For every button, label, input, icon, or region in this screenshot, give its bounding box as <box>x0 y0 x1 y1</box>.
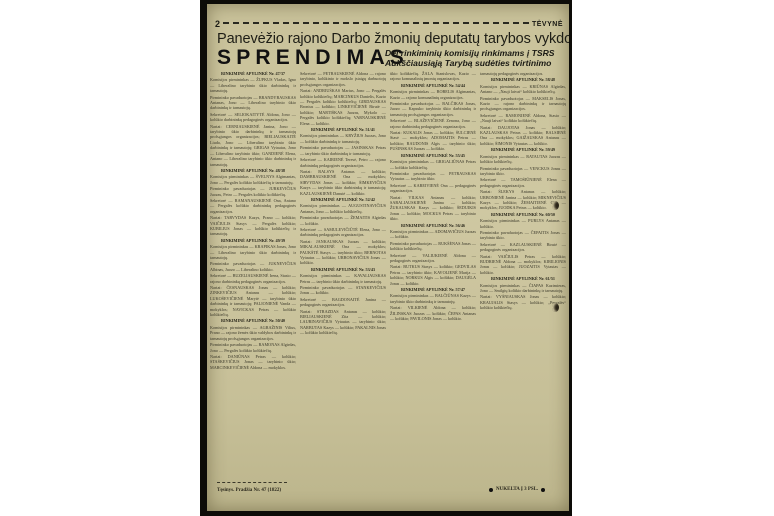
article-columns: RINKIMINĖ APYLINKĖ Nr. 47/37Komisijos pi… <box>210 71 566 491</box>
paragraph: Komisijos pirmininkas — ADOMAVIČIUS Juoz… <box>390 229 476 240</box>
paragraph: Komisijos pirmininkas — GRIGALIŪNAS Petr… <box>390 159 476 170</box>
bullet-icon <box>489 488 493 492</box>
continued-on-text: NUKELTA Į 3 PSL. <box>496 487 538 492</box>
paragraph: Pirmininko pavaduotojas — RUKŠĖNAS Jonas… <box>390 241 476 252</box>
bullet-icon <box>541 488 545 492</box>
paragraph: Pirmininko pavaduotojas — ČEPAITIS Jonas… <box>480 230 566 241</box>
header-rule <box>223 22 529 26</box>
paragraph: Komisijos pirmininkas — AUGUSTINAVIČIUS … <box>300 203 386 214</box>
paragraph: Komisijos pirmininkas — KAVALIAUSKAS Pet… <box>300 273 386 284</box>
paragraph: Nariai: VAIČIULIS Petras — kolūkio; BUDR… <box>480 254 566 276</box>
paragraph: Komisijos pirmininkas — PURLYS Antanas —… <box>480 218 566 229</box>
paragraph: Nariai: VILKIENĖ Aldona — kolūkio; ŽILIN… <box>390 305 476 321</box>
paragraph: Pirmininko pavaduotojas — JURKEVIČIUS Ju… <box>210 186 296 197</box>
paragraph: Nariai: VILKAS Antanas — kolūkio; SABALI… <box>390 195 476 222</box>
paragraph: Pirmininko pavaduotojas — MAKSELIS Jonas… <box>480 96 566 112</box>
paragraph: Sekretorė — TAMOŠIŪNIENĖ Elena — pedagog… <box>480 177 566 188</box>
column-2: Sekretorė — PETRAUSKIENĖ Aldona — rajono… <box>300 71 386 491</box>
section-heading: RINKIMINĖ APYLINKĖ Nr. 47/37 <box>210 71 296 76</box>
paragraph: Sekretorė — PETRAUSKIENĖ Aldona — rajono… <box>300 71 386 87</box>
newspaper-page: 2 TĖVYNĖ Panevėžio rajono Darbo žmonių d… <box>207 4 569 511</box>
page-title: SPRENDIMAS <box>217 46 409 70</box>
paragraph: Nariai: CERNIAUSKIENĖ Janina, Jono — tar… <box>210 124 296 167</box>
section-heading: RINKIMINĖ APYLINKĖ Nr. 49/39 <box>210 238 296 243</box>
paragraph: Pirmininko pavaduotojas — STANKEVIČIUS J… <box>300 285 386 296</box>
section-heading: RINKIMINĖ APYLINKĖ Nr. 51/41 <box>300 127 386 132</box>
paragraph: Pirmininko pavaduotojas — RAMONAS Algird… <box>210 342 296 353</box>
section-heading: RINKIMINĖ APYLINKĖ Nr. 59/49 <box>480 147 566 152</box>
section-heading: RINKIMINĖ APYLINKĖ Nr. 52/42 <box>300 197 386 202</box>
paragraph: Sekretorė — SAMULEVIČIŪTĖ Elena, Jono — … <box>300 227 386 238</box>
paragraph: Komisijos pirmininkas — ŽUPKUS Vladas, I… <box>210 77 296 93</box>
paragraph: Pirmininko pavaduotojas — JASINSKAS Petr… <box>300 145 386 156</box>
paragraph: tarnautojų pedagoginės organizacijos. <box>480 71 566 76</box>
page-header-bar: 2 TĖVYNĖ <box>215 20 563 28</box>
paragraph: Nariai: BALSYS Antanas — kolūkio; DAMBRA… <box>300 169 386 196</box>
continued-on-note: NUKELTA Į 3 PSL. <box>489 487 545 492</box>
paragraph: Pirmininko pavaduotojas — ŽEMAITIS Algir… <box>300 215 386 226</box>
paragraph: Nariai: TARVYDAS Kazys, Prano — kolūkio;… <box>210 215 296 237</box>
punch-hole <box>552 201 559 210</box>
paragraph: Komisijos pirmininkas — ČIAPAS Kazimiera… <box>480 283 566 294</box>
paragraph: Pirmininko pavaduotojas — VENCKUS Jonas … <box>480 166 566 177</box>
paragraph: Nariai: JANKAUSKAS Juozas — kolūkio; MIK… <box>300 239 386 266</box>
paragraph: Komisijos pirmininkas — RATAUTAS Juozas … <box>480 154 566 165</box>
paragraph: Komisijos pirmininkas — KRYŽIUS Juozas, … <box>300 133 386 144</box>
paragraph: Nariai: ČESNAUSKAS Jonas — kolūkio; ZINK… <box>210 285 296 317</box>
paragraph: Komisijos pirmininkas — BALČIŪNAS Kazys … <box>390 293 476 304</box>
paragraph: Komisijos pirmininkas — ŠVELNYS Algimant… <box>210 174 296 185</box>
paragraph: Sekretorė — RAMONIENĖ Aldona, Stasio — „… <box>480 113 566 124</box>
paragraph: ūkio kolūkiečių. ŽALA Stanislovas, Kazio… <box>390 71 476 82</box>
paragraph: Pirmininko pavaduotojas — JUKNEVIČIUS Al… <box>210 261 296 272</box>
section-heading: RINKIMINĖ APYLINKĖ Nr. 57/47 <box>390 287 476 292</box>
paragraph: Komisijos pirmininkas — BOBELIS Algimant… <box>390 89 476 100</box>
paragraph: Komisijos pirmininkas — KRIŪNAS Algirdas… <box>480 84 566 95</box>
column-4: tarnautojų pedagoginės organizacijos.RIN… <box>480 71 566 491</box>
headline: Panevėžio rajono Darbo žmonių deputatų t… <box>217 31 569 47</box>
paragraph: Pirmininko pavaduotojas — BALČIKAS Jonas… <box>390 101 476 117</box>
paragraph: Sekretorė — BUZELIAUSKIENĖ Irena, Stasio… <box>210 273 296 284</box>
paragraph: Nariai: ANDRIUŠKAS Marius, Jono — Pergal… <box>300 88 386 126</box>
paragraph: Nariai: BUTKUS Stasys — kolūkio; GEDVILA… <box>390 264 476 286</box>
column-1: RINKIMINĖ APYLINKĖ Nr. 47/37Komisijos pi… <box>210 71 296 491</box>
section-heading: RINKIMINĖ APYLINKĖ Nr. 53/43 <box>300 267 386 272</box>
paragraph: Sekretorė — SELIOKAITYTĖ Aldona, Jono — … <box>210 112 296 123</box>
paragraph: Sekretorė — KAIRIENĖ Teresė, Petro — raj… <box>300 157 386 168</box>
section-heading: RINKIMINĖ APYLINKĖ Nr. 50/40 <box>210 318 296 323</box>
masthead: TĖVYNĖ <box>532 21 563 28</box>
paragraph: Nariai: DAUJOTAS Jonas — kolūkio; KAZLAU… <box>480 125 566 147</box>
paragraph: Nariai: KUKALIS Jonas — kolūkio; ŠULCIEN… <box>390 130 476 152</box>
paragraph: Nariai: STRAZDAS Antanas — kolūkio; BIEL… <box>300 309 386 336</box>
paragraph: Pirmininko pavaduotojas — PETRAUSKAS Vyt… <box>390 171 476 182</box>
subtitle: Dėl rinkiminių komisijų rinkimams į TSRS… <box>385 48 565 68</box>
section-heading: RINKIMINĖ APYLINKĖ Nr. 60/50 <box>480 212 566 217</box>
continuation-note: Tęsinys. Pradžia Nr. 47 (1822) <box>217 488 281 493</box>
section-heading: RINKIMINĖ APYLINKĖ Nr. 61/51 <box>480 276 566 281</box>
section-heading: RINKIMINĖ APYLINKĖ Nr. 58/48 <box>480 77 566 82</box>
section-heading: RINKIMINĖ APYLINKĖ Nr. 54/44 <box>390 83 476 88</box>
column-3: ūkio kolūkiečių. ŽALA Stanislovas, Kazio… <box>390 71 476 491</box>
page-number: 2 <box>215 19 220 29</box>
paragraph: Sekretorė — VALIUKIENĖ Aldona — pedagogi… <box>390 253 476 264</box>
section-heading: RINKIMINĖ APYLINKĖ Nr. 56/46 <box>390 223 476 228</box>
punch-hole <box>552 303 559 312</box>
section-heading: RINKIMINĖ APYLINKĖ Nr. 48/38 <box>210 168 296 173</box>
paragraph: Sekretorė — BAGDONAITĖ Janina — pedagogi… <box>300 297 386 308</box>
paragraph: Komisijos pirmininkas — KRAPIKAS Jonas, … <box>210 244 296 260</box>
paragraph: Pirmininko pavaduotojas — BRANDYBAUSKAS … <box>210 95 296 111</box>
paragraph: Komisijos pirmininkas — AGRAŽINIS Vilius… <box>210 325 296 341</box>
section-heading: RINKIMINĖ APYLINKĖ Nr. 55/45 <box>390 153 476 158</box>
paragraph: Sekretorė — BLAŽEVIČIENĖ Zenona, Jono — … <box>390 118 476 129</box>
paragraph: Sekretorė — RAMANAUSKIENĖ Ona, Antano — … <box>210 198 296 214</box>
paragraph: Sekretorė — KAZLAUSKIENĖ Birutė — pedago… <box>480 242 566 253</box>
paragraph: Sekretorė — KAREIVIENĖ Ona — pedagoginės… <box>390 183 476 194</box>
footer-divider <box>217 482 287 483</box>
paragraph: Nariai: DANIŪNAS Petras — kolūkio; STAŠK… <box>210 354 296 370</box>
